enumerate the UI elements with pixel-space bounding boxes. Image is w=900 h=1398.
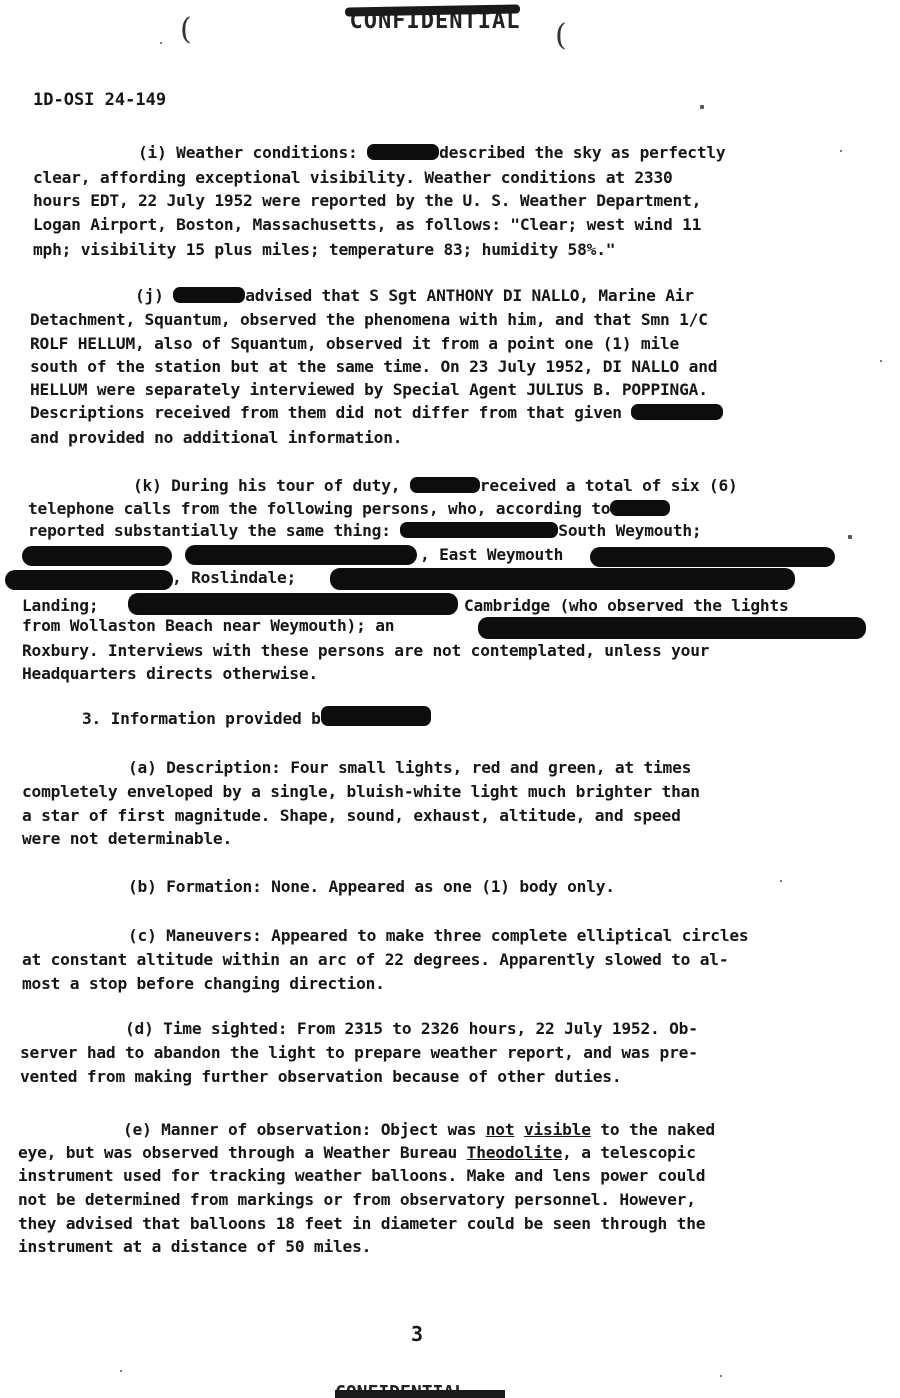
redaction bbox=[173, 287, 245, 303]
para-j-line: and provided no additional information. bbox=[30, 426, 402, 449]
para-k-line: , East Weymouth bbox=[420, 543, 563, 566]
para-k-line: (k) During his tour of duty, received a … bbox=[133, 474, 738, 497]
para-e-line: they advised that balloons 18 feet in di… bbox=[18, 1212, 705, 1235]
redaction bbox=[185, 545, 417, 565]
para-d-line: vented from making further observation b… bbox=[20, 1065, 621, 1088]
scan-speck bbox=[848, 535, 852, 539]
para-k-line: Roxbury. Interviews with these persons a… bbox=[22, 639, 709, 662]
para-d-line: (d) Time sighted: From 2315 to 2326 hour… bbox=[125, 1017, 698, 1040]
file-number: 1D-OSI 24-149 bbox=[33, 90, 166, 110]
redaction bbox=[5, 570, 173, 590]
para-d-line: server had to abandon the light to prepa… bbox=[20, 1041, 698, 1064]
para-k-line: telephone calls from the following perso… bbox=[28, 497, 670, 520]
para-i-line: hours EDT, 22 July 1952 were reported by… bbox=[33, 189, 701, 212]
para-c-line: (c) Maneuvers: Appeared to make three co… bbox=[128, 924, 748, 947]
para-k-line: , Roslindale; bbox=[172, 566, 296, 589]
para-a-line: (a) Description: Four small lights, red … bbox=[128, 756, 691, 779]
redaction bbox=[410, 477, 480, 493]
scan-speck bbox=[120, 1370, 122, 1372]
para-e-line: instrument at a distance of 50 miles. bbox=[18, 1235, 371, 1258]
scan-speck bbox=[780, 880, 782, 882]
para-i-line: (i) Weather conditions: described the sk… bbox=[138, 141, 725, 164]
para-e-line: (e) Manner of observation: Object was no… bbox=[123, 1118, 715, 1141]
page-number: 3 bbox=[411, 1322, 423, 1346]
scan-speck bbox=[700, 105, 704, 109]
para-k-line: from Wollaston Beach near Weymouth); an bbox=[22, 614, 394, 637]
para-j-line: HELLUM were separately interviewed by Sp… bbox=[30, 378, 708, 401]
bracket-mark: ( bbox=[180, 12, 192, 47]
para-k-line: Headquarters directs otherwise. bbox=[22, 662, 318, 685]
para-c-line: at constant altitude within an arc of 22… bbox=[22, 948, 728, 971]
para-a-line: a star of first magnitude. Shape, sound,… bbox=[22, 804, 681, 827]
para-k-line: reported substantially the same thing: S… bbox=[28, 519, 701, 542]
redaction bbox=[478, 617, 866, 639]
bracket-mark: ( bbox=[555, 18, 567, 53]
redaction bbox=[22, 546, 172, 566]
redaction bbox=[610, 500, 670, 516]
redaction bbox=[321, 706, 431, 726]
redaction bbox=[400, 522, 558, 538]
para-e-line: eye, but was observed through a Weather … bbox=[18, 1141, 696, 1164]
para-j-line: (j) advised that S Sgt ANTHONY DI NALLO,… bbox=[135, 284, 694, 307]
scan-speck bbox=[720, 1375, 722, 1377]
para-i-line: clear, affording exceptional visibility.… bbox=[33, 166, 673, 189]
classification-stamp-bottom: CONFIDENTIAL bbox=[335, 1382, 505, 1398]
redaction bbox=[330, 568, 795, 590]
section-3-heading: 3. Information provided b bbox=[82, 706, 431, 730]
scan-speck bbox=[880, 360, 882, 362]
para-a-line: completely enveloped by a single, bluish… bbox=[22, 780, 700, 803]
redaction bbox=[631, 404, 723, 420]
para-c-line: most a stop before changing direction. bbox=[22, 972, 385, 995]
para-i-line: Logan Airport, Boston, Massachusetts, as… bbox=[33, 213, 701, 236]
para-a-line: were not determinable. bbox=[22, 827, 232, 850]
scan-speck bbox=[840, 150, 842, 152]
para-j-line: Descriptions received from them did not … bbox=[30, 401, 723, 424]
redaction bbox=[367, 144, 439, 160]
para-e-line: not be determined from markings or from … bbox=[18, 1188, 696, 1211]
redaction bbox=[128, 593, 458, 615]
para-j-line: Detachment, Squantum, observed the pheno… bbox=[30, 308, 708, 331]
classification-stamp-top: CONFIDENTIAL bbox=[345, 0, 525, 34]
para-j-line: south of the station but at the same tim… bbox=[30, 355, 717, 378]
scan-speck bbox=[160, 42, 162, 44]
para-b-line: (b) Formation: None. Appeared as one (1)… bbox=[128, 875, 615, 898]
para-j-line: ROLF HELLUM, also of Squantum, observed … bbox=[30, 332, 679, 355]
para-e-line: instrument used for tracking weather bal… bbox=[18, 1164, 705, 1187]
para-i-line: mph; visibility 15 plus miles; temperatu… bbox=[33, 238, 615, 261]
redaction bbox=[590, 547, 835, 567]
document-page: CONFIDENTIAL ( ( 1D-OSI 24-149 (i) Weath… bbox=[0, 0, 900, 1398]
para-k-line: Cambridge (who observed the lights bbox=[464, 594, 789, 617]
